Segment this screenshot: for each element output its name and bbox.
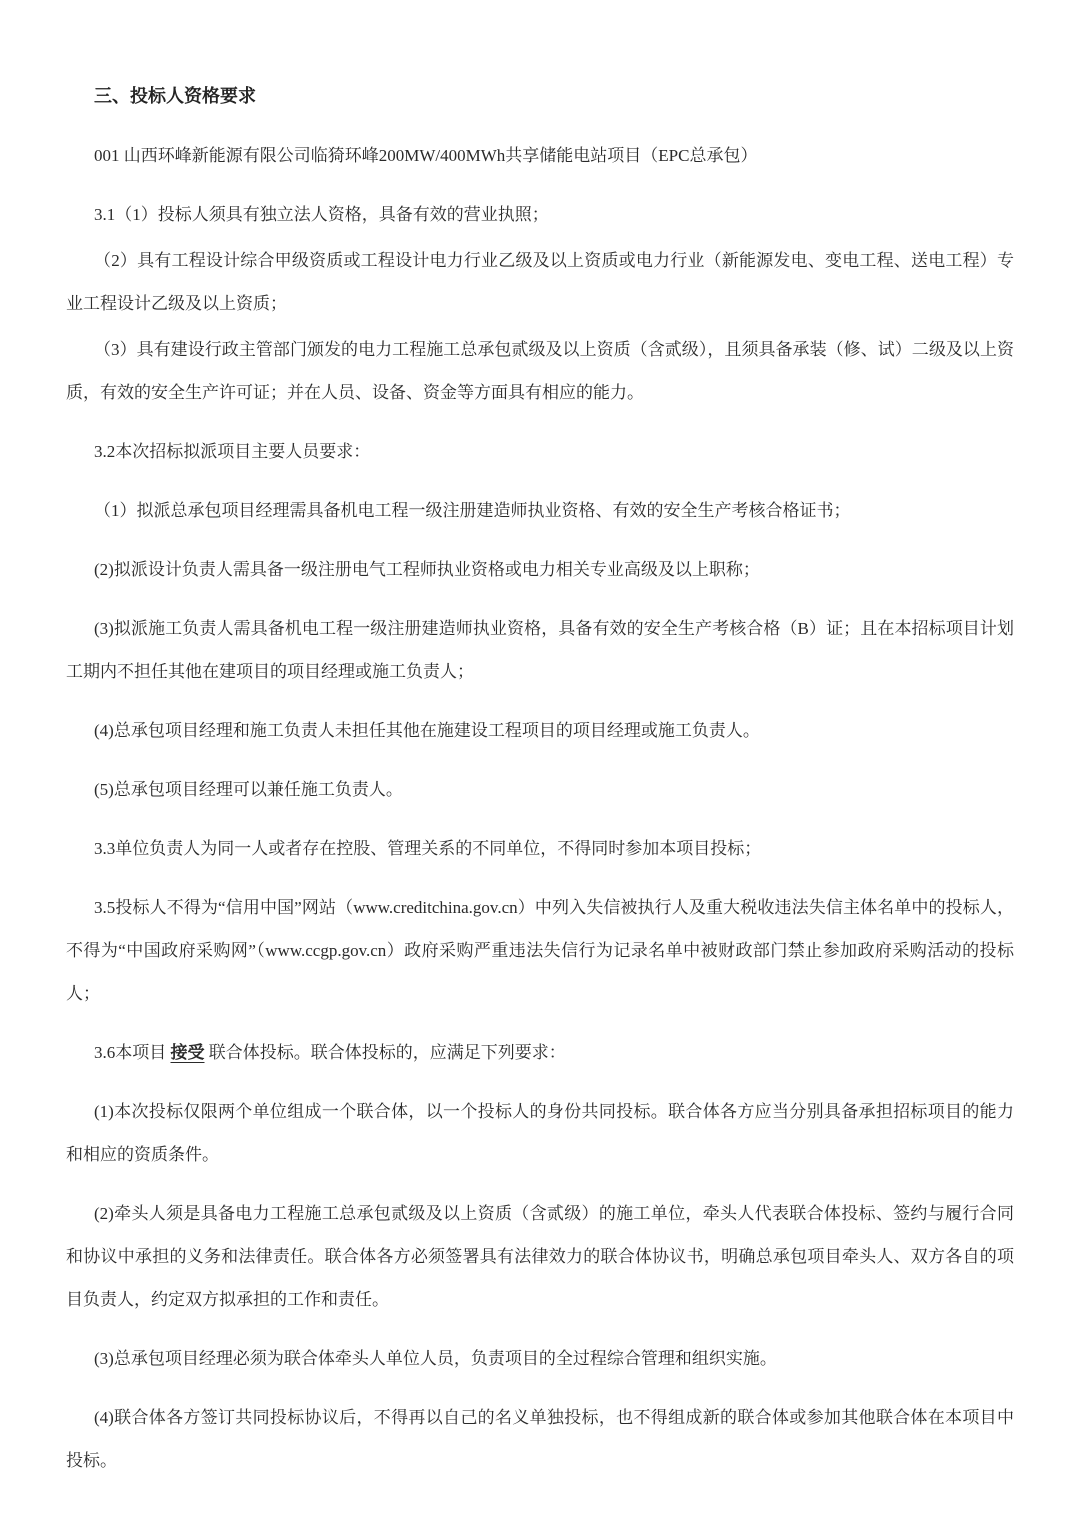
text-segment: (5)总承包项目经理可以兼任施工负责人。 <box>94 780 403 799</box>
paragraph: (2)拟派设计负责人需具备一级注册电气工程师执业资格或电力相关专业高级及以上职称… <box>66 548 1014 591</box>
paragraph: (4)总承包项目经理和施工负责人未担任其他在施建设工程项目的项目经理或施工负责人… <box>66 709 1014 752</box>
paragraph: 3.5投标人不得为“信用中国”网站（www.creditchina.gov.cn… <box>66 886 1014 1015</box>
section-heading: 三、投标人资格要求 <box>66 75 1014 118</box>
paragraph: (3)拟派施工负责人需具备机电工程一级注册建造师执业资格，具备有效的安全生产考核… <box>66 607 1014 693</box>
paragraph: (5)总承包项目经理可以兼任施工负责人。 <box>66 768 1014 811</box>
text-segment: （2）具有工程设计综合甲级资质或工程设计电力行业乙级及以上资质或电力行业（新能源… <box>66 251 1014 313</box>
text-segment: （1）拟派总承包项目经理需具备机电工程一级注册建造师执业资格、有效的安全生产考核… <box>94 501 851 520</box>
paragraph: (1)本次投标仅限两个单位组成一个联合体，以一个投标人的身份共同投标。联合体各方… <box>66 1090 1014 1176</box>
paragraph: (3)总承包项目经理必须为联合体牵头人单位人员，负责项目的全过程综合管理和组织实… <box>66 1337 1014 1380</box>
document-body: 001 山西环峰新能源有限公司临猗环峰200MW/400MWh共享储能电站项目（… <box>66 134 1014 1482</box>
text-segment: 3.5投标人不得为“信用中国”网站（www.creditchina.gov.cn… <box>66 898 1014 1003</box>
document-page: 三、投标人资格要求 001 山西环峰新能源有限公司临猗环峰200MW/400MW… <box>0 0 1080 1528</box>
paragraph: 3.2本次招标拟派项目主要人员要求： <box>66 430 1014 473</box>
text-segment: (1)本次投标仅限两个单位组成一个联合体，以一个投标人的身份共同投标。联合体各方… <box>66 1102 1014 1164</box>
text-segment: 3.2本次招标拟派项目主要人员要求： <box>94 442 370 461</box>
paragraph: 3.6本项目 接受 联合体投标。联合体投标的，应满足下列要求： <box>66 1031 1014 1074</box>
text-segment: （3）具有建设行政主管部门颁发的电力工程施工总承包贰级及以上资质（含贰级），且须… <box>66 340 1014 402</box>
text-segment: 3.1（1）投标人须具有独立法人资格，具备有效的营业执照； <box>94 205 549 224</box>
text-segment: 001 山西环峰新能源有限公司临猗环峰200MW/400MWh共享储能电站项目（… <box>94 146 757 165</box>
paragraph: （2）具有工程设计综合甲级资质或工程设计电力行业乙级及以上资质或电力行业（新能源… <box>66 239 1014 325</box>
paragraph: 3.3单位负责人为同一人或者存在控股、管理关系的不同单位，不得同时参加本项目投标… <box>66 827 1014 870</box>
paragraph: （3）具有建设行政主管部门颁发的电力工程施工总承包贰级及以上资质（含贰级），且须… <box>66 328 1014 414</box>
paragraph: 001 山西环峰新能源有限公司临猗环峰200MW/400MWh共享储能电站项目（… <box>66 134 1014 177</box>
paragraph: （1）拟派总承包项目经理需具备机电工程一级注册建造师执业资格、有效的安全生产考核… <box>66 489 1014 532</box>
text-segment: (2)牵头人须是具备电力工程施工总承包贰级及以上资质（含贰级）的施工单位，牵头人… <box>66 1204 1014 1309</box>
text-segment: (4)总承包项目经理和施工负责人未担任其他在施建设工程项目的项目经理或施工负责人… <box>94 721 760 740</box>
paragraph: 3.1（1）投标人须具有独立法人资格，具备有效的营业执照； <box>66 193 1014 236</box>
text-segment: (2)拟派设计负责人需具备一级注册电气工程师执业资格或电力相关专业高级及以上职称… <box>94 560 760 579</box>
text-segment: 联合体投标。联合体投标的，应满足下列要求： <box>205 1043 566 1062</box>
paragraph: (4)联合体各方签订共同投标协议后，不得再以自己的名义单独投标，也不得组成新的联… <box>66 1396 1014 1482</box>
text-segment: (4)联合体各方签订共同投标协议后，不得再以自己的名义单独投标，也不得组成新的联… <box>66 1408 1014 1470</box>
text-segment: 3.3单位负责人为同一人或者存在控股、管理关系的不同单位，不得同时参加本项目投标… <box>94 839 761 858</box>
paragraph: (2)牵头人须是具备电力工程施工总承包贰级及以上资质（含贰级）的施工单位，牵头人… <box>66 1192 1014 1321</box>
text-segment: 3.6本项目 <box>94 1043 171 1062</box>
text-segment: (3)拟派施工负责人需具备机电工程一级注册建造师执业资格，具备有效的安全生产考核… <box>66 619 1014 681</box>
emphasized-text: 接受 <box>171 1043 205 1062</box>
text-segment: (3)总承包项目经理必须为联合体牵头人单位人员，负责项目的全过程综合管理和组织实… <box>94 1349 777 1368</box>
